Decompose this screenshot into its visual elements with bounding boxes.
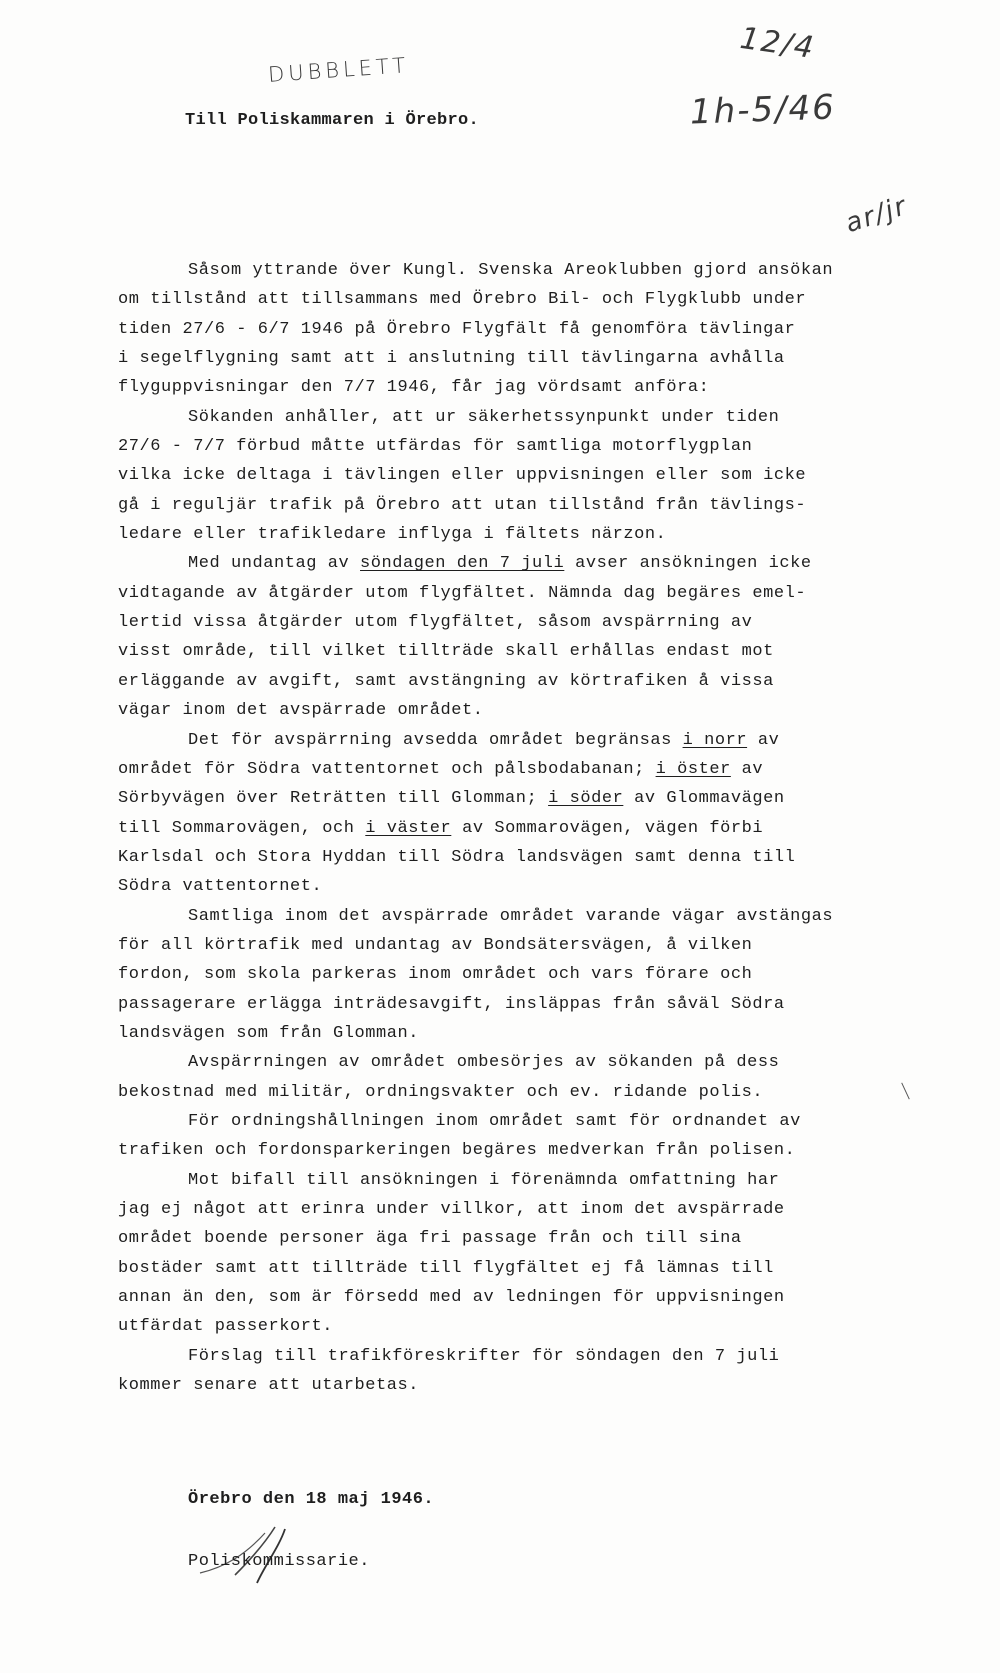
text-line: området boende personer äga fri passage … [118, 1224, 938, 1253]
text-line: Förslag till trafikföreskrifter för sönd… [118, 1342, 938, 1371]
underlined-text: söndagen den 7 juli [360, 554, 564, 573]
text-line: För ordningshållningen inom området samt… [118, 1107, 938, 1136]
text-line: flyguppvisningar den 7/7 1946, får jag v… [118, 373, 938, 402]
text-line: 27/6 - 7/7 förbud måtte utfärdas för sam… [118, 432, 938, 461]
handwritten-initials: ar/jr [842, 191, 911, 239]
underlined-text: i öster [656, 760, 731, 779]
text-line: Avspärrningen av området ombesörjes av s… [118, 1048, 938, 1077]
duplicate-stamp: DUBBLETT [267, 53, 410, 87]
addressee: Till Poliskammaren i Örebro. [185, 111, 479, 130]
text-line: Såsom yttrande över Kungl. Svenska Areok… [118, 256, 938, 285]
text-line: Med undantag av söndagen den 7 juli avse… [118, 549, 938, 578]
place-and-date: Örebro den 18 maj 1946. [188, 1490, 434, 1509]
text-line: utfärdat passerkort. [118, 1312, 938, 1341]
text-line: i segelflygning samt att i anslutning ti… [118, 344, 938, 373]
text-line: gå i reguljär trafik på Örebro att utan … [118, 491, 938, 520]
text-line: Karlsdal och Stora Hyddan till Södra lan… [118, 843, 938, 872]
text-line: passagerare erlägga inträdesavgift, insl… [118, 990, 938, 1019]
text-line: Sörbyvägen över Reträtten till Glomman; … [118, 784, 938, 813]
text-line: området för Södra vattentornet och pålsb… [118, 755, 938, 784]
text-line: lertid vissa åtgärder utom flygfältet, s… [118, 608, 938, 637]
text-line: till Sommarovägen, och i väster av Somma… [118, 814, 938, 843]
text-line: Samtliga inom det avspärrade området var… [118, 902, 938, 931]
text-line: erläggande av avgift, samt avstängning a… [118, 667, 938, 696]
underlined-text: i väster [365, 819, 451, 838]
text-line: landsvägen som från Glomman. [118, 1019, 938, 1048]
text-line: Det för avspärrning avsedda området begr… [118, 726, 938, 755]
signatory-title: Poliskommissarie. [188, 1552, 370, 1571]
text-line: annan än den, som är försedd med av ledn… [118, 1283, 938, 1312]
text-line: Mot bifall till ansökningen i förenämnda… [118, 1166, 938, 1195]
text-line: vilka icke deltaga i tävlingen eller upp… [118, 461, 938, 490]
text-line: kommer senare att utarbetas. [118, 1371, 938, 1400]
text-line: trafiken och fordonsparkeringen begäres … [118, 1136, 938, 1165]
text-line: Södra vattentornet. [118, 872, 938, 901]
text-line: för all körtrafik med undantag av Bondsä… [118, 931, 938, 960]
handwritten-note-reference: 12/4 [738, 21, 818, 66]
underlined-text: i söder [548, 789, 623, 808]
text-line: visst område, till vilket tillträde skal… [118, 637, 938, 666]
text-line: vidtagande av åtgärder utom flygfältet. … [118, 579, 938, 608]
text-line: tiden 27/6 - 6/7 1946 på Örebro Flygfält… [118, 315, 938, 344]
text-line: Sökanden anhåller, att ur säkerhetssynpu… [118, 403, 938, 432]
letter-body: Såsom yttrande över Kungl. Svenska Areok… [118, 256, 938, 1400]
underlined-text: i norr [683, 731, 748, 750]
text-line: bekostnad med militär, ordningsvakter oc… [118, 1078, 938, 1107]
document-page: DUBBLETT 12/4 1h-5/46 ar/jr Till Poliska… [0, 0, 1000, 1673]
text-line: om tillstånd att tillsammans med Örebro … [118, 285, 938, 314]
text-line: vägar inom det avspärrade området. [118, 696, 938, 725]
text-line: bostäder samt att tillträde till flygfäl… [118, 1254, 938, 1283]
text-line: fordon, som skola parkeras inom området … [118, 960, 938, 989]
handwritten-note-date: 1h-5/46 [689, 87, 836, 132]
text-line: jag ej något att erinra under villkor, a… [118, 1195, 938, 1224]
text-line: ledare eller trafikledare inflyga i fält… [118, 520, 938, 549]
